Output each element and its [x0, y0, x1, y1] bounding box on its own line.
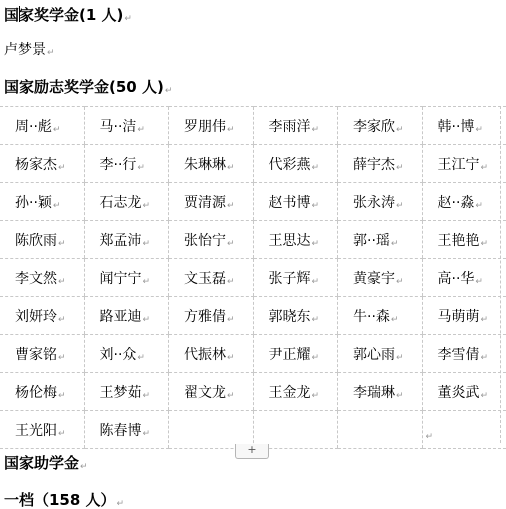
paragraph-mark-icon: ↵: [396, 163, 404, 173]
add-table-row-button[interactable]: +: [235, 444, 269, 459]
table-cell[interactable]: 石志龙↵: [84, 183, 169, 221]
paragraph-mark-icon: ↵: [312, 391, 320, 401]
table-cell[interactable]: 文玉磊↵: [169, 259, 254, 297]
paragraph-mark-icon: ↵: [165, 86, 173, 96]
paragraph-mark-icon: ↵: [53, 201, 61, 211]
table-cell[interactable]: 尹正耀↵: [253, 335, 338, 373]
paragraph-mark-icon: ↵: [58, 353, 66, 363]
recipient-name: 赵··淼: [438, 195, 475, 211]
paragraph-mark-icon: ↵: [227, 353, 235, 363]
paragraph-mark-icon: ↵: [58, 315, 66, 325]
recipient-name: 刘妍玲: [15, 309, 57, 325]
recipient-name: 黄豪宇: [353, 271, 395, 287]
recipient-name: 张怡宁: [184, 233, 226, 249]
table-cell[interactable]: 李··行↵: [84, 145, 169, 183]
table-cell[interactable]: 李文然↵: [0, 259, 84, 297]
recipient-name: 王思达: [269, 233, 311, 249]
table-cell[interactable]: 王光阳↵: [0, 411, 84, 449]
recipient-name: 杨家杰: [15, 157, 57, 173]
table-cell[interactable]: 王梦茹↵: [84, 373, 169, 411]
table-cell[interactable]: 杨家杰↵: [0, 145, 84, 183]
paragraph-mark-icon: ↵: [396, 391, 404, 401]
recipient-name: 王金龙: [269, 385, 311, 401]
paragraph-mark-icon: ↵: [58, 429, 66, 439]
recipient-name: 尹正耀: [269, 347, 311, 363]
recipient-name: 李家欣: [353, 119, 395, 135]
recipient-name: 郭··瑶: [353, 233, 390, 249]
paragraph-mark-icon: ↵: [143, 391, 151, 401]
paragraph-mark-icon: ↵: [227, 163, 235, 173]
table-cell[interactable]: 牛··森↵: [338, 297, 423, 335]
recipient-name: 张永涛: [353, 195, 395, 211]
table-row: 刘妍玲↵路亚迪↵方雅倩↵郭晓东↵牛··森↵马萌萌↵: [0, 297, 506, 335]
table-cell[interactable]: 郭晓东↵: [253, 297, 338, 335]
table-cell[interactable]: 朱琳琳↵: [169, 145, 254, 183]
paragraph-mark-icon: ↵: [396, 201, 404, 211]
recipient-name: 方雅倩: [184, 309, 226, 325]
table-row: 周··彪↵马··洁↵罗朋伟↵李雨洋↵李家欣↵韩··博↵: [0, 107, 506, 145]
recipient-name: 杨伦梅: [15, 385, 57, 401]
table-cell[interactable]: 张子辉↵: [253, 259, 338, 297]
recipient-name: 孙··颖: [15, 195, 52, 211]
paragraph-mark-icon: ↵: [426, 432, 434, 442]
paragraph-mark-icon: ↵: [53, 125, 61, 135]
recipient-name: 朱琳琳: [184, 157, 226, 173]
table-cell[interactable]: [253, 411, 338, 449]
paragraph-mark-icon: ↵: [117, 499, 125, 509]
paragraph-mark-icon: ↵: [312, 353, 320, 363]
paragraph-mark-icon: ↵: [227, 201, 235, 211]
recipient-name: 郭晓东: [269, 309, 311, 325]
recipient-name: 李··行: [100, 157, 137, 173]
table-cell[interactable]: 韩··博↵: [422, 107, 506, 145]
paragraph-mark-icon: ↵: [227, 315, 235, 325]
recipient-name: 刘··众: [100, 347, 137, 363]
table-cell[interactable]: 李雪倩↵: [422, 335, 506, 373]
paragraph-mark-icon: ↵: [396, 125, 404, 135]
recipient-name: 王艳艳: [438, 233, 480, 249]
table-row: 陈欣雨↵郑孟沛↵张怡宁↵王思达↵郭··瑶↵王艳艳↵: [0, 221, 506, 259]
recipient-name: 李雨洋: [269, 119, 311, 135]
table-row: 杨家杰↵李··行↵朱琳琳↵代彩燕↵薛宇杰↵王江宁↵: [0, 145, 506, 183]
table-cell[interactable]: 李瑞琳↵: [338, 373, 423, 411]
paragraph-mark-icon: ↵: [143, 201, 151, 211]
table-cell[interactable]: 郑孟沛↵: [84, 221, 169, 259]
table-cell[interactable]: 李雨洋↵: [253, 107, 338, 145]
recipient-name: 董炎武: [438, 385, 480, 401]
table-cell[interactable]: 薛宇杰↵: [338, 145, 423, 183]
paragraph-mark-icon: ↵: [58, 391, 66, 401]
table-cell[interactable]: 杨伦梅↵: [0, 373, 84, 411]
paragraph-mark-icon: ↵: [312, 315, 320, 325]
table-cell[interactable]: 方雅倩↵: [169, 297, 254, 335]
table-row: 李文然↵闻宁宁↵文玉磊↵张子辉↵黄豪宇↵高··华↵: [0, 259, 506, 297]
table-cell[interactable]: 代彩燕↵: [253, 145, 338, 183]
paragraph-mark-icon: ↵: [137, 163, 145, 173]
paragraph-mark-icon: ↵: [481, 391, 489, 401]
table-cell[interactable]: 孙··颖↵: [0, 183, 84, 221]
recipient-name: 王光阳: [15, 423, 57, 439]
table-row: 孙··颖↵石志龙↵贾清源↵赵书博↵张永涛↵赵··淼↵: [0, 183, 506, 221]
paragraph-mark-icon: ↵: [227, 125, 235, 135]
table-cell[interactable]: 郭心雨↵: [338, 335, 423, 373]
recipient-name: 石志龙: [100, 195, 142, 211]
recipients-table[interactable]: 周··彪↵马··洁↵罗朋伟↵李雨洋↵李家欣↵韩··博↵杨家杰↵李··行↵朱琳琳↵…: [0, 106, 506, 449]
table-row: 杨伦梅↵王梦茹↵翟文龙↵王金龙↵李瑞琳↵董炎武↵: [0, 373, 506, 411]
table-right-border: [500, 106, 502, 443]
paragraph-mark-icon: ↵: [481, 163, 489, 173]
paragraph-mark-icon: ↵: [58, 239, 66, 249]
paragraph-mark-icon: ↵: [227, 391, 235, 401]
recipient-name: 陈欣雨: [15, 233, 57, 249]
table-cell[interactable]: 王思达↵: [253, 221, 338, 259]
paragraph-mark-icon: ↵: [312, 239, 320, 249]
table-cell[interactable]: 陈欣雨↵: [0, 221, 84, 259]
table-cell[interactable]: 赵书博↵: [253, 183, 338, 221]
table-cell[interactable]: 张永涛↵: [338, 183, 423, 221]
paragraph-mark-icon: ↵: [47, 48, 55, 58]
table-cell[interactable]: 路亚迪↵: [84, 297, 169, 335]
paragraph-mark-icon: ↵: [312, 201, 320, 211]
recipient-name: 韩··博: [438, 119, 475, 135]
table-cell[interactable]: 王金龙↵: [253, 373, 338, 411]
paragraph-mark-icon: ↵: [475, 277, 483, 287]
paragraph-mark-icon: ↵: [475, 201, 483, 211]
table-cell[interactable]: 张怡宁↵: [169, 221, 254, 259]
recipient-name: 罗朋伟: [184, 119, 226, 135]
recipient-name: 薛宇杰: [353, 157, 395, 173]
recipient-name: 马萌萌: [438, 309, 480, 325]
paragraph-mark-icon: ↵: [391, 239, 399, 249]
table-cell[interactable]: 周··彪↵: [0, 107, 84, 145]
heading-tier-one[interactable]: 一档（158 人）↵: [4, 489, 124, 509]
paragraph-mark-icon: ↵: [137, 125, 145, 135]
recipient-name[interactable]: 卢梦景↵: [4, 39, 55, 59]
paragraph-mark-icon: ↵: [481, 239, 489, 249]
paragraph-mark-icon: ↵: [475, 125, 483, 135]
table-cell[interactable]: [338, 411, 423, 449]
table-row: 曹家铭↵刘··众↵代振林↵尹正耀↵郭心雨↵李雪倩↵: [0, 335, 506, 373]
heading-national-grant[interactable]: 国家助学金↵: [4, 452, 88, 473]
paragraph-mark-icon: ↵: [143, 429, 151, 439]
table-cell[interactable]: 罗朋伟↵: [169, 107, 254, 145]
table-cell[interactable]: 闻宁宁↵: [84, 259, 169, 297]
recipient-name: 牛··森: [353, 309, 390, 325]
paragraph-mark-icon: ↵: [143, 277, 151, 287]
recipient-name: 郑孟沛: [100, 233, 142, 249]
table-cell[interactable]: 刘妍玲↵: [0, 297, 84, 335]
table-cell[interactable]: 高··华↵: [422, 259, 506, 297]
recipient-name: 闻宁宁: [100, 271, 142, 287]
heading-national-encouragement[interactable]: 国家励志奖学金(50 人)↵: [4, 76, 172, 97]
recipient-name: 郭心雨: [353, 347, 395, 363]
paragraph-mark-icon: ↵: [143, 239, 151, 249]
table-cell[interactable]: 马··洁↵: [84, 107, 169, 145]
recipient-name: 周··彪: [15, 119, 52, 135]
paragraph-mark-icon: ↵: [227, 239, 235, 249]
recipient-name: 高··华: [438, 271, 475, 287]
paragraph-mark-icon: ↵: [143, 315, 151, 325]
recipient-name: 路亚迪: [100, 309, 142, 325]
recipient-name: 文玉磊: [184, 271, 226, 287]
paragraph-mark-icon: ↵: [312, 277, 320, 287]
table-cell[interactable]: 郭··瑶↵: [338, 221, 423, 259]
table-cell[interactable]: 刘··众↵: [84, 335, 169, 373]
table-cell[interactable]: 赵··淼↵: [422, 183, 506, 221]
paragraph-mark-icon: ↵: [137, 353, 145, 363]
recipient-name: 赵书博: [269, 195, 311, 211]
paragraph-mark-icon: ↵: [58, 277, 66, 287]
heading-national-scholarship[interactable]: 国家奖学金(1 人)↵: [4, 4, 132, 25]
recipient-name: 陈春博: [100, 423, 142, 439]
table-cell[interactable]: 曹家铭↵: [0, 335, 84, 373]
table-cell[interactable]: 马萌萌↵: [422, 297, 506, 335]
table-cell[interactable]: ↵: [422, 411, 506, 449]
paragraph-mark-icon: ↵: [124, 14, 132, 24]
table-cell[interactable]: 王江宁↵: [422, 145, 506, 183]
paragraph-mark-icon: ↵: [391, 315, 399, 325]
recipient-name: 曹家铭: [15, 347, 57, 363]
recipient-name: 张子辉: [269, 271, 311, 287]
table-cell[interactable]: 代振林↵: [169, 335, 254, 373]
recipient-name: 翟文龙: [184, 385, 226, 401]
paragraph-mark-icon: ↵: [481, 353, 489, 363]
paragraph-mark-icon: ↵: [481, 315, 489, 325]
paragraph-mark-icon: ↵: [312, 125, 320, 135]
table-cell[interactable]: 王艳艳↵: [422, 221, 506, 259]
paragraph-mark-icon: ↵: [396, 277, 404, 287]
paragraph-mark-icon: ↵: [80, 462, 88, 472]
recipient-name: 李雪倩: [438, 347, 480, 363]
paragraph-mark-icon: ↵: [227, 277, 235, 287]
recipient-name: 代彩燕: [269, 157, 311, 173]
paragraph-mark-icon: ↵: [58, 163, 66, 173]
paragraph-mark-icon: ↵: [312, 163, 320, 173]
recipient-name: 李文然: [15, 271, 57, 287]
table-cell[interactable]: 董炎武↵: [422, 373, 506, 411]
table-cell[interactable]: 李家欣↵: [338, 107, 423, 145]
table-cell[interactable]: [169, 411, 254, 449]
recipient-name: 马··洁: [100, 119, 137, 135]
paragraph-mark-icon: ↵: [396, 353, 404, 363]
recipient-name: 贾清源: [184, 195, 226, 211]
table-cell[interactable]: 翟文龙↵: [169, 373, 254, 411]
text-cursor: [19, 6, 20, 22]
recipient-name: 李瑞琳: [353, 385, 395, 401]
recipient-name: 王江宁: [438, 157, 480, 173]
table-cell[interactable]: 陈春博↵: [84, 411, 169, 449]
recipient-name: 王梦茹: [100, 385, 142, 401]
recipient-name: 代振林: [184, 347, 226, 363]
table-cell[interactable]: 黄豪宇↵: [338, 259, 423, 297]
table-cell[interactable]: 贾清源↵: [169, 183, 254, 221]
